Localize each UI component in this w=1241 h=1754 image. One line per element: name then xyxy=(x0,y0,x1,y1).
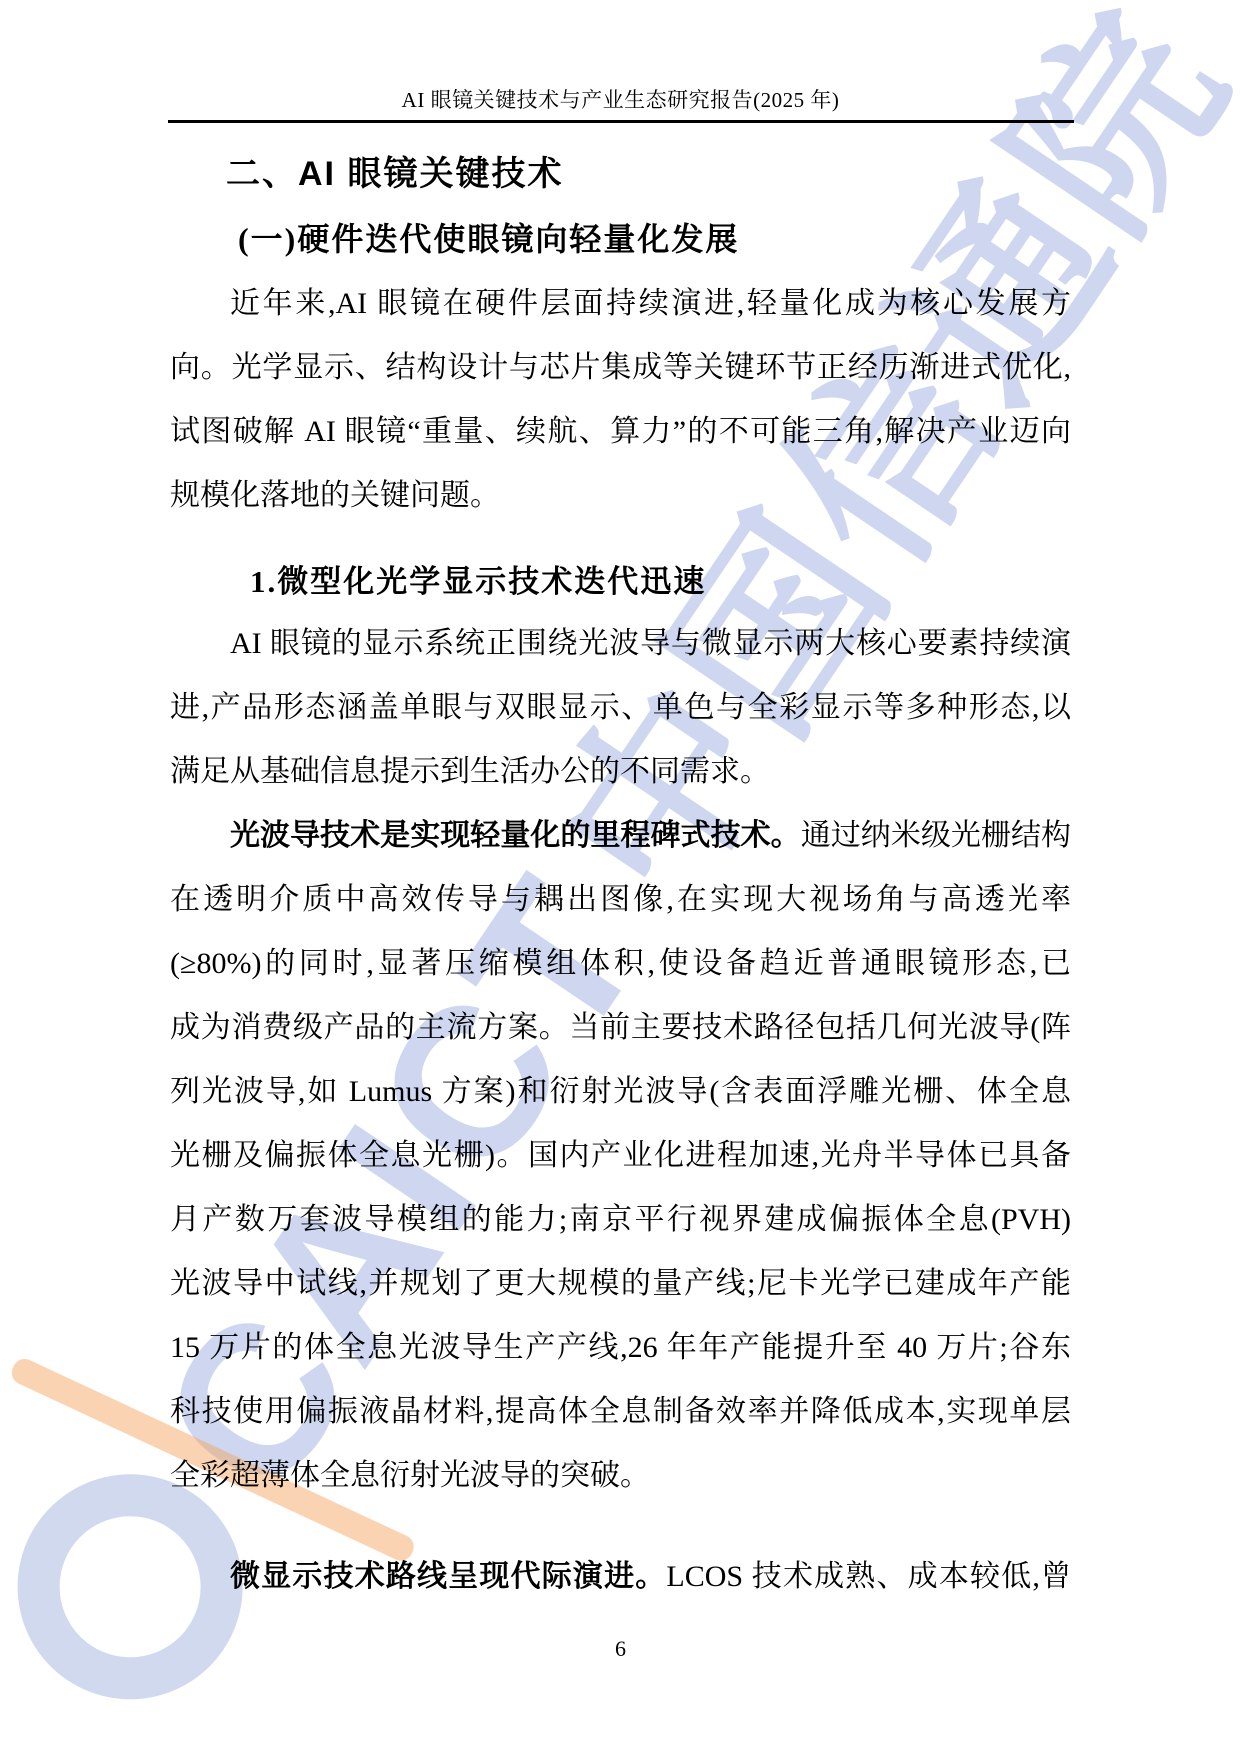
body-line: 科技使用偏振液晶材料,提高体全息制备效率并降低成本,实现单层 xyxy=(170,1380,1071,1444)
body-line: 成为消费级产品的主流方案。当前主要技术路径包括几何光波导(阵 xyxy=(170,996,1071,1060)
body-line: 近年来,AI 眼镜在硬件层面持续演进,轻量化成为核心发展方 xyxy=(170,272,1071,336)
bold-run: 微显示技术路线呈现代际演进。 xyxy=(230,1560,666,1593)
body-line: (≥80%)的同时,显著压缩模组体积,使设备趋近普通眼镜形态,已 xyxy=(170,932,1071,996)
page-number: 6 xyxy=(0,1636,1241,1662)
body-line: 满足从基础信息提示到生活办公的不同需求。 xyxy=(170,740,1071,804)
body-line: 进,产品形态涵盖单眼与双眼显示、单色与全彩显示等多种形态,以 xyxy=(170,676,1071,740)
body-line: 列光波导,如 Lumus 方案)和衍射光波导(含表面浮雕光栅、体全息 xyxy=(170,1060,1071,1124)
body-line: 微显示技术路线呈现代际演进。LCOS 技术成熟、成本较低,曾 xyxy=(170,1545,1071,1609)
document-page: CAICT 中国信通院 AI 眼镜关键技术与产业生态研究报告(2025 年) 二… xyxy=(0,0,1241,1754)
body-text-run: 通过纳米级光栅结构 xyxy=(801,819,1071,852)
section-heading-level3: 1.微型化光学显示技术迭代迅速 xyxy=(250,556,706,601)
paragraph-2: AI 眼镜的显示系统正围绕光波导与微显示两大核心要素持续演 进,产品形态涵盖单眼… xyxy=(170,612,1071,804)
paragraph-3: 光波导技术是实现轻量化的里程碑式技术。通过纳米级光栅结构 在透明介质中高效传导与… xyxy=(170,804,1071,1508)
body-line: AI 眼镜的显示系统正围绕光波导与微显示两大核心要素持续演 xyxy=(170,612,1071,676)
body-line: 全彩超薄体全息衍射光波导的突破。 xyxy=(170,1444,1071,1508)
body-line: 月产数万套波导模组的能力;南京平行视界建成偏振体全息(PVH) xyxy=(170,1188,1071,1252)
body-text-run: LCOS 技术成熟、成本较低,曾 xyxy=(666,1560,1071,1593)
paragraph-4: 微显示技术路线呈现代际演进。LCOS 技术成熟、成本较低,曾 xyxy=(170,1545,1071,1609)
body-line: 试图破解 AI 眼镜“重量、续航、算力”的不可能三角,解决产业迈向 xyxy=(170,400,1071,464)
body-line: 15 万片的体全息光波导生产产线,26 年年产能提升至 40 万片;谷东 xyxy=(170,1316,1071,1380)
bold-run: 光波导技术是实现轻量化的里程碑式技术。 xyxy=(230,819,801,852)
header-title: AI 眼镜关键技术与产业生态研究报告(2025 年) xyxy=(0,84,1241,114)
body-line: 光栅及偏振体全息光栅)。国内产业化进程加速,光舟半导体已具备 xyxy=(170,1124,1071,1188)
section-heading-level1: 二、AI 眼镜关键技术 xyxy=(226,146,563,195)
header-divider xyxy=(168,120,1074,123)
paragraph-1: 近年来,AI 眼镜在硬件层面持续演进,轻量化成为核心发展方 向。光学显示、结构设… xyxy=(170,272,1071,528)
body-line: 在透明介质中高效传导与耦出图像,在实现大视场角与高透光率 xyxy=(170,868,1071,932)
body-line: 向。光学显示、结构设计与芯片集成等关键环节正经历渐进式优化, xyxy=(170,336,1071,400)
body-line: 光波导中试线,并规划了更大规模的量产线;尼卡光学已建成年产能 xyxy=(170,1252,1071,1316)
body-line: 光波导技术是实现轻量化的里程碑式技术。通过纳米级光栅结构 xyxy=(170,804,1071,868)
section-heading-level2: (一)硬件迭代使眼镜向轻量化发展 xyxy=(238,214,739,260)
body-line: 规模化落地的关键问题。 xyxy=(170,464,1071,528)
